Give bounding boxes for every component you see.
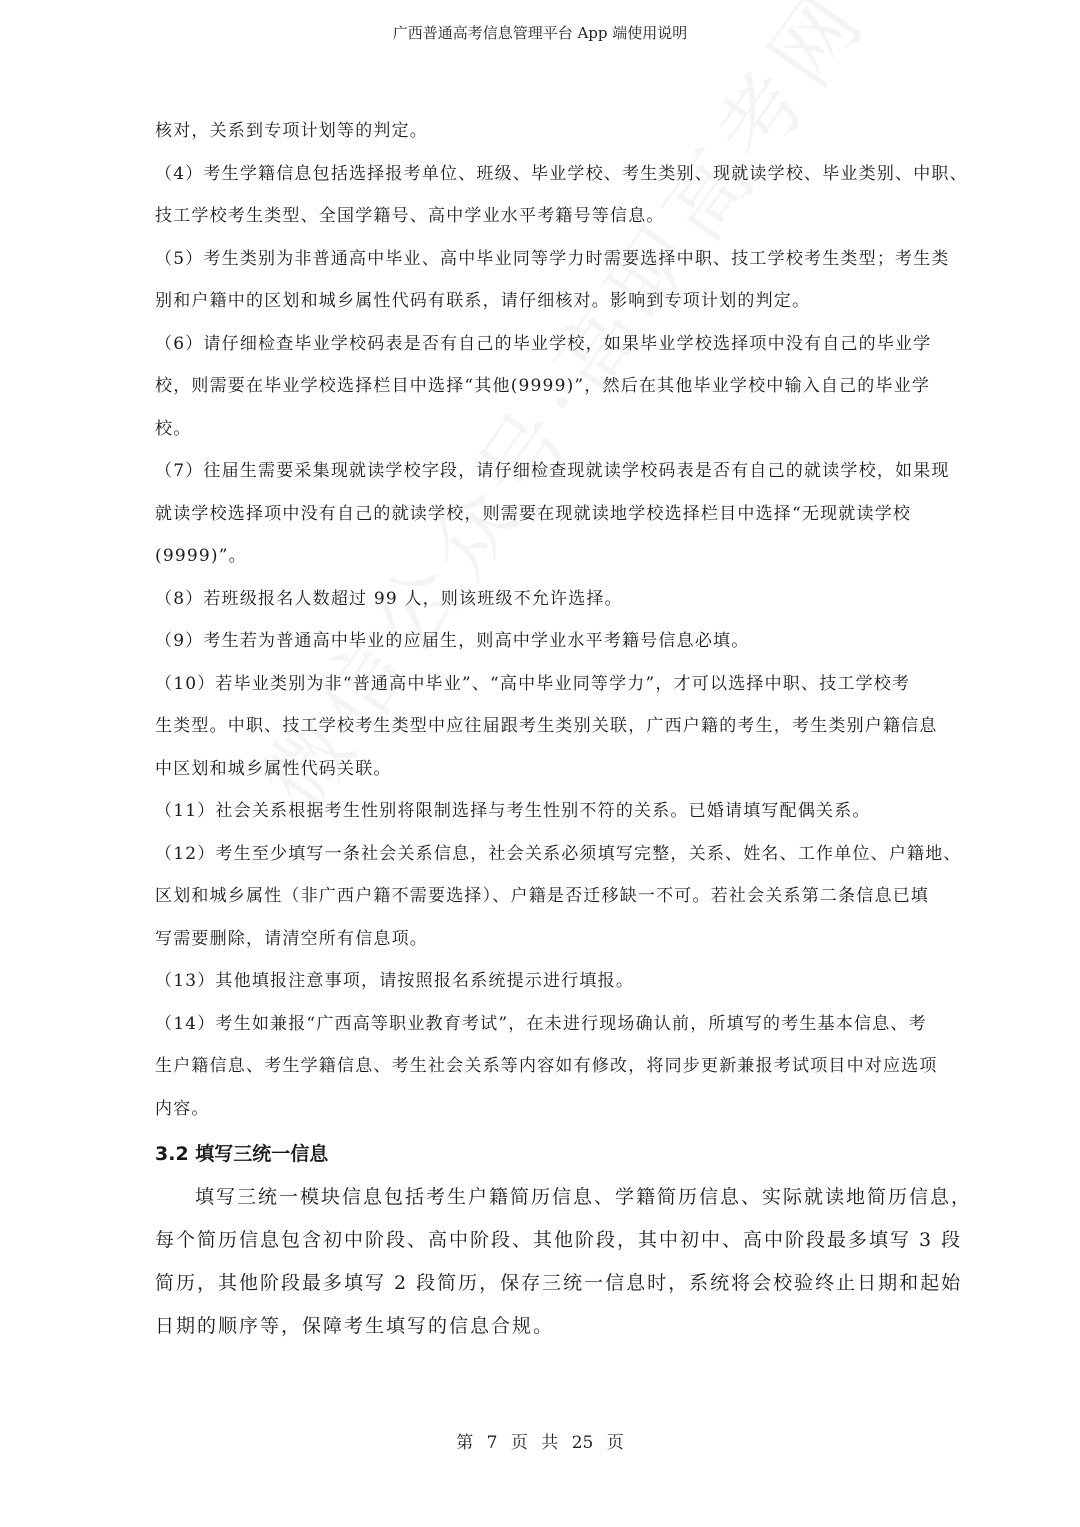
text-line: （9）考生若为普通高中毕业的应届生，则高中学业水平考籍号信息必填。 [155, 620, 980, 663]
list-item-4: （4）考生学籍信息包括选择报考单位、班级、毕业学校、考生类别、现就读学校、毕业类… [155, 153, 980, 238]
text-line: （14）考生如兼报“广西高等职业教育考试”，在未进行现场确认前，所填写的考生基本… [155, 1003, 980, 1046]
list-item-8: （8）若班级报名人数超过 99 人，则该班级不允许选择。 [155, 578, 980, 621]
text-line: （12）考生至少填写一条社会关系信息，社会关系必须填写完整，关系、姓名、工作单位… [155, 833, 980, 876]
page-number: 第 7 页 共 25 页 [0, 1428, 1080, 1453]
text-line: （8）若班级报名人数超过 99 人，则该班级不允许选择。 [155, 578, 980, 621]
text-line: （4）考生学籍信息包括选择报考单位、班级、毕业学校、考生类别、现就读学校、毕业类… [155, 153, 980, 196]
section-heading: 3.2 填写三统一信息 [155, 1132, 980, 1176]
text-line: （7）往届生需要采集现就读学校字段，请仔细检查现就读学校码表是否有自己的就读学校… [155, 450, 980, 493]
list-item-9: （9）考生若为普通高中毕业的应届生，则高中学业水平考籍号信息必填。 [155, 620, 980, 663]
text-line: （5）考生类别为非普通高中毕业、高中毕业同等学力时需要选择中职、技工学校考生类型… [155, 238, 980, 281]
list-item-13: （13）其他填报注意事项，请按照报名系统提示进行填报。 [155, 960, 980, 1003]
text-line: 日期的顺序等，保障考生填写的信息合规。 [155, 1305, 980, 1348]
text-line: （13）其他填报注意事项，请按照报名系统提示进行填报。 [155, 960, 980, 1003]
list-item-14: （14）考生如兼报“广西高等职业教育考试”，在未进行现场确认前，所填写的考生基本… [155, 1003, 980, 1131]
text-line: 校。 [155, 408, 980, 451]
section-paragraph: 填写三统一模块信息包括考生户籍简历信息、学籍简历信息、实际就读地简历信息， 每个… [155, 1176, 980, 1348]
page-header: 广西普通高考信息管理平台 App 端使用说明 [0, 22, 1080, 43]
list-item-11: （11）社会关系根据考生性别将限制选择与考生性别不符的关系。已婚请填写配偶关系。 [155, 790, 980, 833]
text-line: 生类型。中职、技工学校考生类型中应往届跟考生类别关联，广西户籍的考生，考生类别户… [155, 705, 980, 748]
text-line: 别和户籍中的区划和城乡属性代码有联系，请仔细核对。影响到专项计划的判定。 [155, 280, 980, 323]
text-line: 就读学校选择项中没有自己的就读学校，则需要在现就读地学校选择栏目中选择“无现就读… [155, 493, 980, 536]
list-item-5: （5）考生类别为非普通高中毕业、高中毕业同等学力时需要选择中职、技工学校考生类型… [155, 238, 980, 323]
text-line: （10）若毕业类别为非“普通高中毕业”、“高中毕业同等学力”，才可以选择中职、技… [155, 663, 980, 706]
text-line: 中区划和城乡属性代码关联。 [155, 748, 980, 791]
list-item-12: （12）考生至少填写一条社会关系信息，社会关系必须填写完整，关系、姓名、工作单位… [155, 833, 980, 961]
text-line: 每个简历信息包含初中阶段、高中阶段、其他阶段，其中初中、高中阶段最多填写 3 段 [155, 1219, 980, 1262]
document-body: 核对，关系到专项计划等的判定。 （4）考生学籍信息包括选择报考单位、班级、毕业学… [155, 110, 980, 1348]
text-line: 核对，关系到专项计划等的判定。 [155, 110, 980, 153]
list-item-10: （10）若毕业类别为非“普通高中毕业”、“高中毕业同等学力”，才可以选择中职、技… [155, 663, 980, 791]
text-line: 校，则需要在毕业学校选择栏目中选择“其他(9999)”，然后在其他毕业学校中输入… [155, 365, 980, 408]
text-line: 技工学校考生类型、全国学籍号、高中学业水平考籍号等信息。 [155, 195, 980, 238]
text-line: 写需要删除，请清空所有信息项。 [155, 918, 980, 961]
text-line: （11）社会关系根据考生性别将限制选择与考生性别不符的关系。已婚请填写配偶关系。 [155, 790, 980, 833]
text-line: 生户籍信息、考生学籍信息、考生社会关系等内容如有修改，将同步更新兼报考试项目中对… [155, 1045, 980, 1088]
list-item-7: （7）往届生需要采集现就读学校字段，请仔细检查现就读学校码表是否有自己的就读学校… [155, 450, 980, 578]
list-item: 核对，关系到专项计划等的判定。 [155, 110, 980, 153]
text-line: 区划和城乡属性（非广西户籍不需要选择）、户籍是否迁移缺一不可。若社会关系第二条信… [155, 875, 980, 918]
text-line: 内容。 [155, 1088, 980, 1131]
text-line: (9999)”。 [155, 535, 980, 578]
text-line: 填写三统一模块信息包括考生户籍简历信息、学籍简历信息、实际就读地简历信息， [155, 1176, 980, 1219]
text-line: 简历，其他阶段最多填写 2 段简历，保存三统一信息时，系统将会校验终止日期和起始 [155, 1262, 980, 1305]
text-line: （6）请仔细检查毕业学校码表是否有自己的毕业学校，如果毕业学校选择项中没有自己的… [155, 323, 980, 366]
list-item-6: （6）请仔细检查毕业学校码表是否有自己的毕业学校，如果毕业学校选择项中没有自己的… [155, 323, 980, 451]
